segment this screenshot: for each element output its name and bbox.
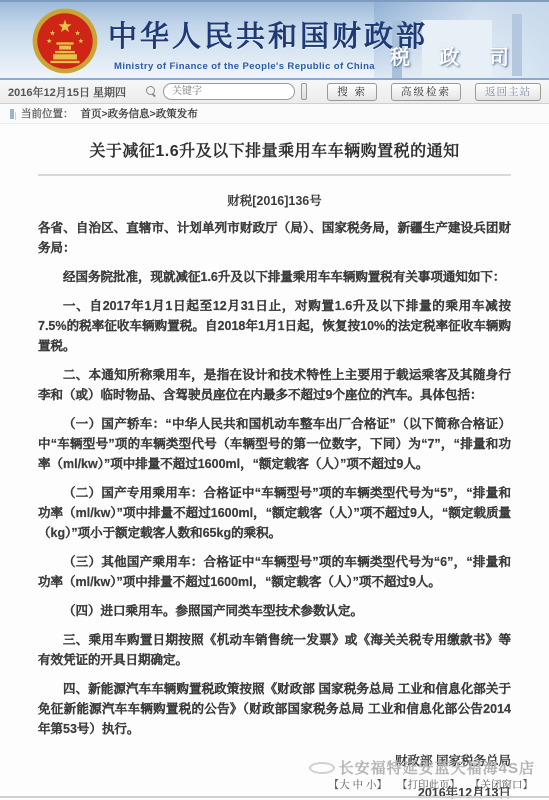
breadcrumb-marker-icon [10,109,14,119]
document-paragraph: （三）其他国产乘用车：合格证中“车辆型号”项的车辆类型代号为“6”，“排量和功率… [38,552,511,592]
document-paragraphs: 各省、自治区、直辖市、计划单列市财政厅（局）、国家税务局，新疆生产建设兵团财务局… [38,218,511,739]
breadcrumb-label: 当前位置： [21,106,74,121]
print-page-link[interactable]: 【打印此页】 [397,777,460,792]
breadcrumb-path[interactable]: 首页>政务信息>政策发布 [81,106,198,121]
search-input[interactable] [163,83,295,100]
title-divider [38,174,511,176]
document-paragraph: 一、自2017年1月1日起至12月31日止，对购置1.6升及以下排量的乘用车减按… [38,296,511,356]
font-size-control[interactable]: 【大 中 小】 [329,777,387,792]
document-title: 关于减征1.6升及以下排量乘用车车辆购置税的通知 [38,138,511,161]
national-emblem-icon [32,8,98,74]
search-toolbar: 2016年12月15日 星期四 税政司 搜 索 高级检索 返回主站 [0,80,549,104]
close-window-link[interactable]: 【关闭窗口】 [470,777,533,792]
advanced-search-button[interactable]: 高级检索 [391,83,461,101]
document-number: 财税[2016]136号 [38,191,511,209]
ministry-title-en: Ministry of Finance of the People's Repu… [114,61,428,72]
current-date: 2016年12月15日 星期四 [8,84,126,100]
header-titles: 中华人民共和国财政部 Ministry of Finance of the Pe… [108,14,428,72]
ministry-title-cn: 中华人民共和国财政部 [108,14,428,55]
document-paragraph: 三、乘用车购置日期按照《机动车销售统一发票》或《海关关税专用缴款书》等有效凭证的… [38,630,511,670]
document-body: 关于减征1.6升及以下排量乘用车车辆购置税的通知 财税[2016]136号 各省… [0,124,549,800]
document-paragraph: （四）进口乘用车。参照国产同类车型技术参数认定。 [38,601,511,621]
return-home-button[interactable]: 返回主站 [475,83,541,101]
document-paragraph: 经国务院批准，现就减征1.6升及以下排量乘用车车辆购置税有关事项通知如下： [38,267,511,287]
document-paragraph: 各省、自治区、直辖市、计划单列市财政厅（局）、国家税务局，新疆生产建设兵团财务局… [38,218,511,258]
document-paragraph: 四、新能源汽车车辆购置税政策按照《财政部 国家税务总局 工业和信息化部关于免征新… [38,679,511,739]
search-scope-select[interactable]: 税政司 [301,83,307,100]
bottom-divider [0,796,549,798]
document-paragraph: （二）国产专用乘用车：合格证中“车辆型号”项的车辆类型代号为“5”，“排量和功率… [38,483,511,543]
dealer-watermark-text: 长安福特延安蓝天福海4S店 [339,757,535,778]
search-button[interactable]: 搜 索 [327,83,377,101]
document-paragraph: 二、本通知所称乘用车，是指在设计和技术特性上主要用于载运乘客及其随身行李和（或）… [38,365,511,405]
search-icon [146,86,157,97]
site-header: 中华人民共和国财政部 Ministry of Finance of the Pe… [0,0,549,80]
page-tools: 【大 中 小】 【打印此页】 【关闭窗口】 [329,777,533,792]
page: 中华人民共和国财政部 Ministry of Finance of the Pe… [0,0,549,800]
department-name: 税 政 司 [390,41,521,70]
ford-oval-icon [309,762,335,774]
dealer-watermark: 长安福特延安蓝天福海4S店 [309,757,535,778]
breadcrumb: 当前位置： 首页>政务信息>政策发布 [0,104,549,124]
document-paragraph: （一）国产轿车：“中华人民共和国机动车整车出厂合格证”（以下简称合格证）中“车辆… [38,414,511,474]
search-scope-value: 税政司 [302,84,307,99]
